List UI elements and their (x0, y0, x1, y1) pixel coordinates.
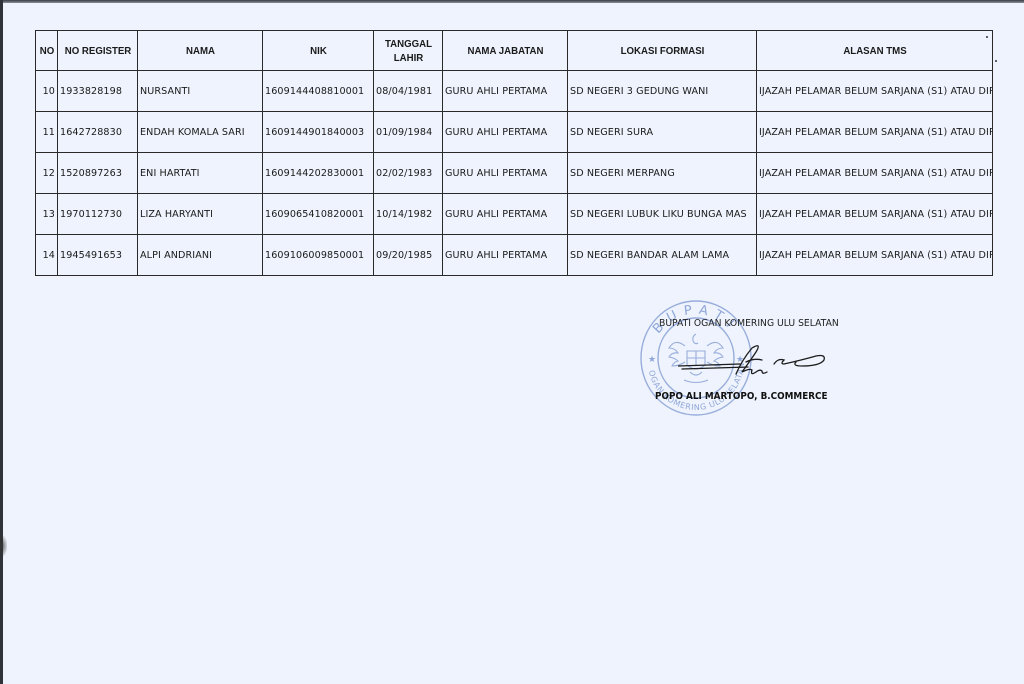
cell-nik: 1609144408810001 (263, 71, 374, 112)
cell-tanggal-lahir: 09/20/1985 (374, 235, 443, 276)
cell-alasan-tms: IJAZAH PELAMAR BELUM SARJANA (S1) ATAU D… (757, 112, 993, 153)
cell-tanggal-lahir: 10/14/1982 (374, 194, 443, 235)
stamp-star-icon: ★ (648, 354, 656, 364)
cell-nama-jabatan: GURU AHLI PERTAMA (443, 153, 568, 194)
table-row: 12 1520897263 ENI HARTATI 16091442028300… (36, 153, 993, 194)
cell-nama: ENDAH KOMALA SARI (138, 112, 263, 153)
tms-applicants-table: NO NO REGISTER NAMA NIK TANGGAL LAHIR NA… (35, 30, 993, 276)
table-row: 10 1933828198 NURSANTI 1609144408810001 … (36, 71, 993, 112)
scan-left-edge (0, 0, 3, 684)
cell-nama: ALPI ANDRIANI (138, 235, 263, 276)
cell-nama-jabatan: GURU AHLI PERTAMA (443, 194, 568, 235)
header-nama-jabatan: NAMA JABATAN (448, 31, 563, 71)
cell-no: 10 (36, 71, 58, 112)
cell-alasan-tms: IJAZAH PELAMAR BELUM SARJANA (S1) ATAU D… (757, 71, 993, 112)
cell-nik: 1609144202830001 (263, 153, 374, 194)
cell-nama-jabatan: GURU AHLI PERTAMA (443, 112, 568, 153)
scan-smudge (0, 535, 7, 557)
header-nik: NIK (267, 31, 369, 71)
cell-no-register: 1933828198 (58, 71, 138, 112)
cell-nama-jabatan: GURU AHLI PERTAMA (443, 235, 568, 276)
scan-top-edge (0, 0, 1024, 3)
cell-no: 11 (36, 112, 58, 153)
cell-lokasi-formasi: SD NEGERI MERPANG (568, 153, 757, 194)
cell-alasan-tms: IJAZAH PELAMAR BELUM SARJANA (S1) ATAU D… (757, 194, 993, 235)
signatory-name: POPO ALI MARTOPO, B.COMMERCE (655, 391, 828, 402)
cell-no-register: 1970112730 (58, 194, 138, 235)
cell-no-register: 1520897263 (58, 153, 138, 194)
cell-tanggal-lahir: 01/09/1984 (374, 112, 443, 153)
cell-nama: LIZA HARYANTI (138, 194, 263, 235)
cell-no: 12 (36, 153, 58, 194)
signatory-title: BUPATI OGAN KOMERING ULU SELATAN (659, 318, 839, 329)
cell-nama: NURSANTI (138, 71, 263, 112)
table-row: 14 1945491653 ALPI ANDRIANI 160910600985… (36, 235, 993, 276)
cell-nik: 1609106009850001 (263, 235, 374, 276)
cell-nik: 1609065410820001 (263, 194, 374, 235)
scan-speck (995, 60, 997, 62)
cell-nama-jabatan: GURU AHLI PERTAMA (443, 71, 568, 112)
cell-no: 13 (36, 194, 58, 235)
cell-nama: ENI HARTATI (138, 153, 263, 194)
header-tanggal-lahir: TANGGAL LAHIR (376, 31, 439, 71)
cell-alasan-tms: IJAZAH PELAMAR BELUM SARJANA (S1) ATAU D… (757, 235, 993, 276)
table-row: 11 1642728830 ENDAH KOMALA SARI 16091449… (36, 112, 993, 153)
cell-no-register: 1945491653 (58, 235, 138, 276)
cell-no-register: 1642728830 (58, 112, 138, 153)
cell-tanggal-lahir: 02/02/1983 (374, 153, 443, 194)
cell-lokasi-formasi: SD NEGERI LUBUK LIKU BUNGA MAS (568, 194, 757, 235)
header-alasan-tms: ALASAN TMS (766, 31, 983, 71)
handwritten-signature-icon (678, 336, 838, 386)
cell-lokasi-formasi: SD NEGERI 3 GEDUNG WANI (568, 71, 757, 112)
cell-lokasi-formasi: SD NEGERI BANDAR ALAM LAMA (568, 235, 757, 276)
cell-alasan-tms: IJAZAH PELAMAR BELUM SARJANA (S1) ATAU D… (757, 153, 993, 194)
cell-tanggal-lahir: 08/04/1981 (374, 71, 443, 112)
header-no-register: NO REGISTER (61, 31, 135, 71)
header-lokasi-formasi: LOKASI FORMASI (575, 31, 749, 71)
cell-no: 14 (36, 235, 58, 276)
table-header-row: NO NO REGISTER NAMA NIK TANGGAL LAHIR NA… (36, 31, 993, 71)
cell-lokasi-formasi: SD NEGERI SURA (568, 112, 757, 153)
header-nama: NAMA (143, 31, 258, 71)
header-no: NO (36, 31, 56, 71)
table-row: 13 1970112730 LIZA HARYANTI 160906541082… (36, 194, 993, 235)
signature-block: BUPATI OGAN KOMERING ULU SELATAN ★ ★ BUP… (638, 296, 898, 426)
cell-nik: 1609144901840003 (263, 112, 374, 153)
